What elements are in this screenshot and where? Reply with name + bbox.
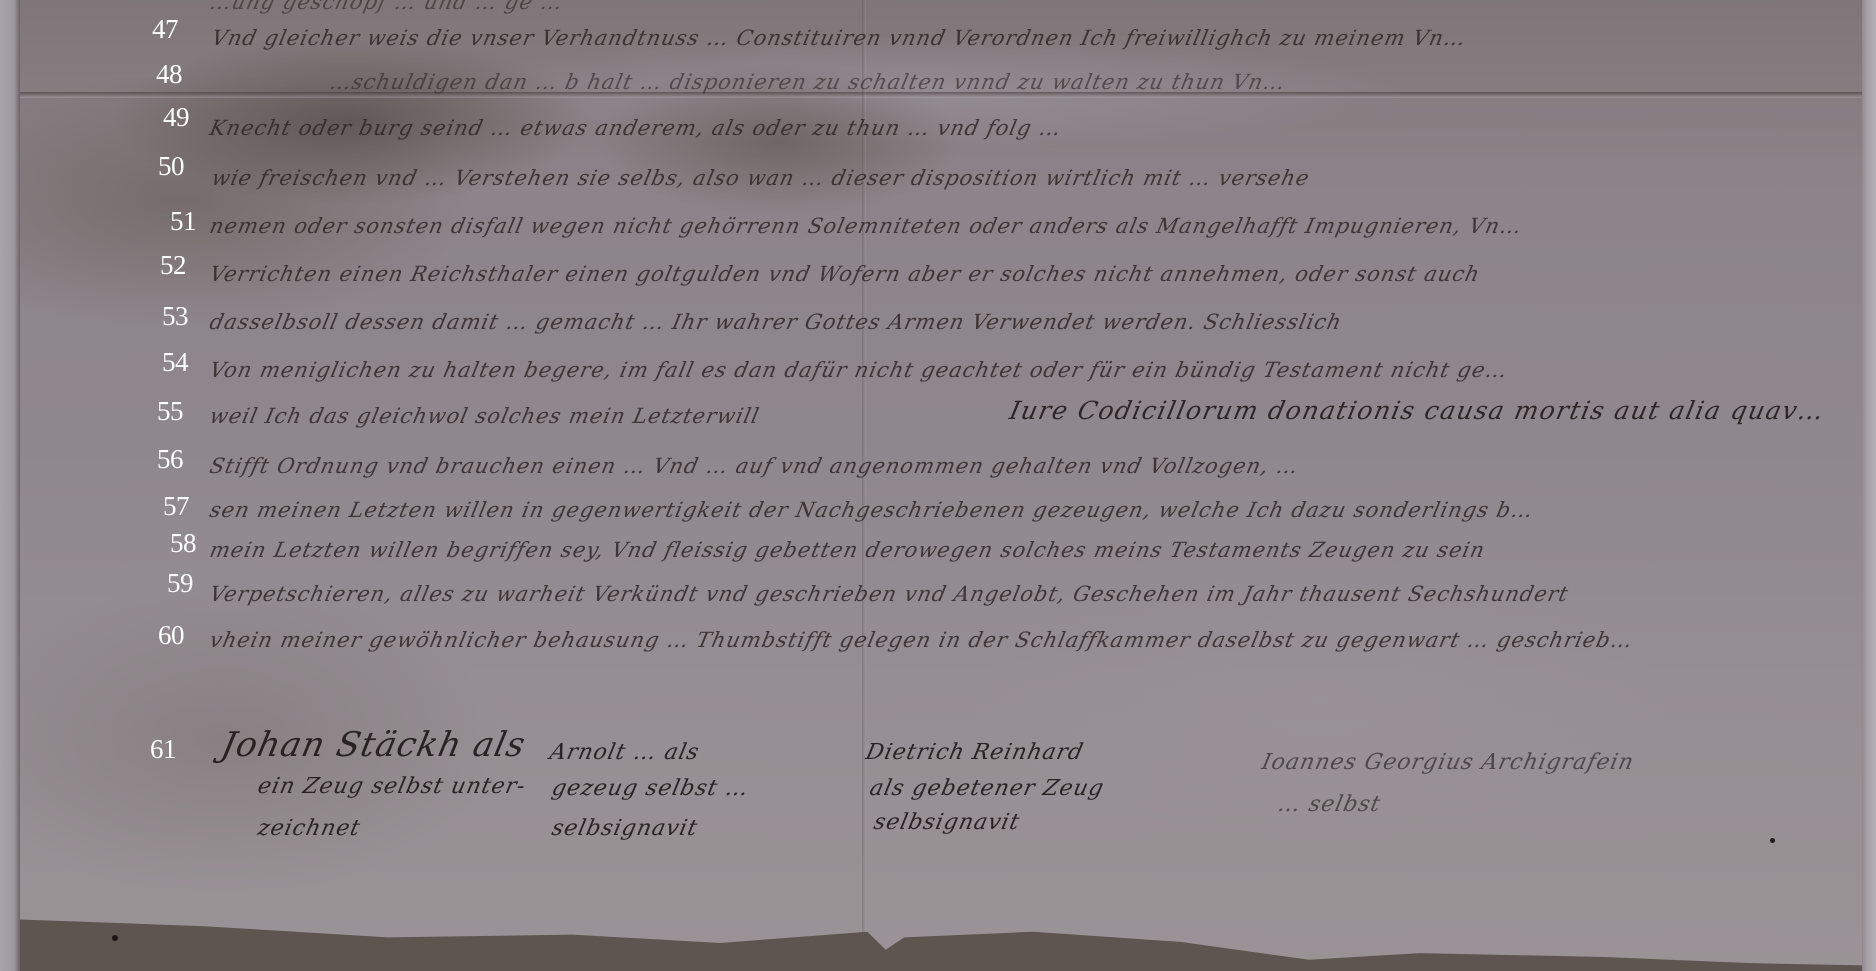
manuscript-line: dasselbsoll dessen damit … gemacht … Ihr… xyxy=(208,312,1344,333)
signature-line: als gebetener Zeug xyxy=(868,778,1106,800)
vertical-fold-crease xyxy=(862,0,866,960)
line-number: 52 xyxy=(160,252,186,279)
ink-speck xyxy=(112,935,118,941)
signature-line: zeichnet xyxy=(256,818,363,840)
scan-left-border xyxy=(0,0,20,971)
manuscript-line: Von meniglichen zu halten begere, im fal… xyxy=(208,360,1510,381)
line-number: 55 xyxy=(157,398,183,425)
ink-speck xyxy=(1770,838,1775,843)
line-number: 57 xyxy=(163,493,189,520)
signature-line: … selbst xyxy=(1276,794,1383,816)
manuscript-line: nemen oder sonsten disfall wegen nicht g… xyxy=(208,216,1524,237)
manuscript-latin-phrase: Iure Codicillorum donationis causa morti… xyxy=(1007,398,1827,423)
line-number: 48 xyxy=(156,61,182,88)
signature-line: selbsignavit xyxy=(550,818,700,840)
signature-line: selbsignavit xyxy=(872,812,1022,834)
manuscript-line: Verrichten einen Reichsthaler einen golt… xyxy=(208,264,1482,285)
manuscript-line: weil Ich das gleichwol solches mein Letz… xyxy=(208,406,762,427)
line-number: 49 xyxy=(163,104,189,131)
signature-line: Dietrich Reinhard xyxy=(864,742,1086,764)
line-number: 47 xyxy=(152,16,178,43)
signature-line: Johan Stäckh als xyxy=(218,728,528,762)
line-number: 61 xyxy=(150,736,176,763)
manuscript-line: Verpetschieren, alles zu warheit Verkünd… xyxy=(208,584,1571,605)
line-number: 50 xyxy=(158,153,184,180)
signature-line: Ioannes Georgius Archigrafein xyxy=(1260,752,1636,774)
line-number: 56 xyxy=(157,446,183,473)
manuscript-line: sen meinen Letzten willen in gegenwertig… xyxy=(208,500,1536,521)
line-number: 59 xyxy=(167,570,193,597)
line-number: 54 xyxy=(162,349,188,376)
signature-line: gezeug selbst … xyxy=(550,778,751,800)
manuscript-line: wie freischen vnd … Verstehen sie selbs,… xyxy=(210,168,1312,189)
manuscript-line: vhein meiner gewöhnlicher behausung … Th… xyxy=(208,630,1635,651)
line-number: 60 xyxy=(158,622,184,649)
manuscript-line: Vnd gleicher weis die vnser Verhandtnuss… xyxy=(210,28,1468,49)
line-number: 58 xyxy=(170,530,196,557)
manuscript-line: …schuldigen dan … b halt … disponieren z… xyxy=(328,72,1288,93)
scan-right-border xyxy=(1862,0,1876,971)
manuscript-line: mein Letzten willen begriffen sey, Vnd f… xyxy=(208,540,1487,561)
line-number: 51 xyxy=(170,208,196,235)
line-number: 53 xyxy=(162,303,188,330)
signature-line: Arnolt … als xyxy=(548,742,702,764)
manuscript-line: Stifft Ordnung vnd brauchen einen … Vnd … xyxy=(208,456,1301,477)
manuscript-line-partial: …ung geschöpf … und … ge … xyxy=(208,0,565,13)
signature-line: ein Zeug selbst unter- xyxy=(256,776,528,798)
manuscript-line: Knecht oder burg seind … etwas anderem, … xyxy=(208,118,1064,139)
